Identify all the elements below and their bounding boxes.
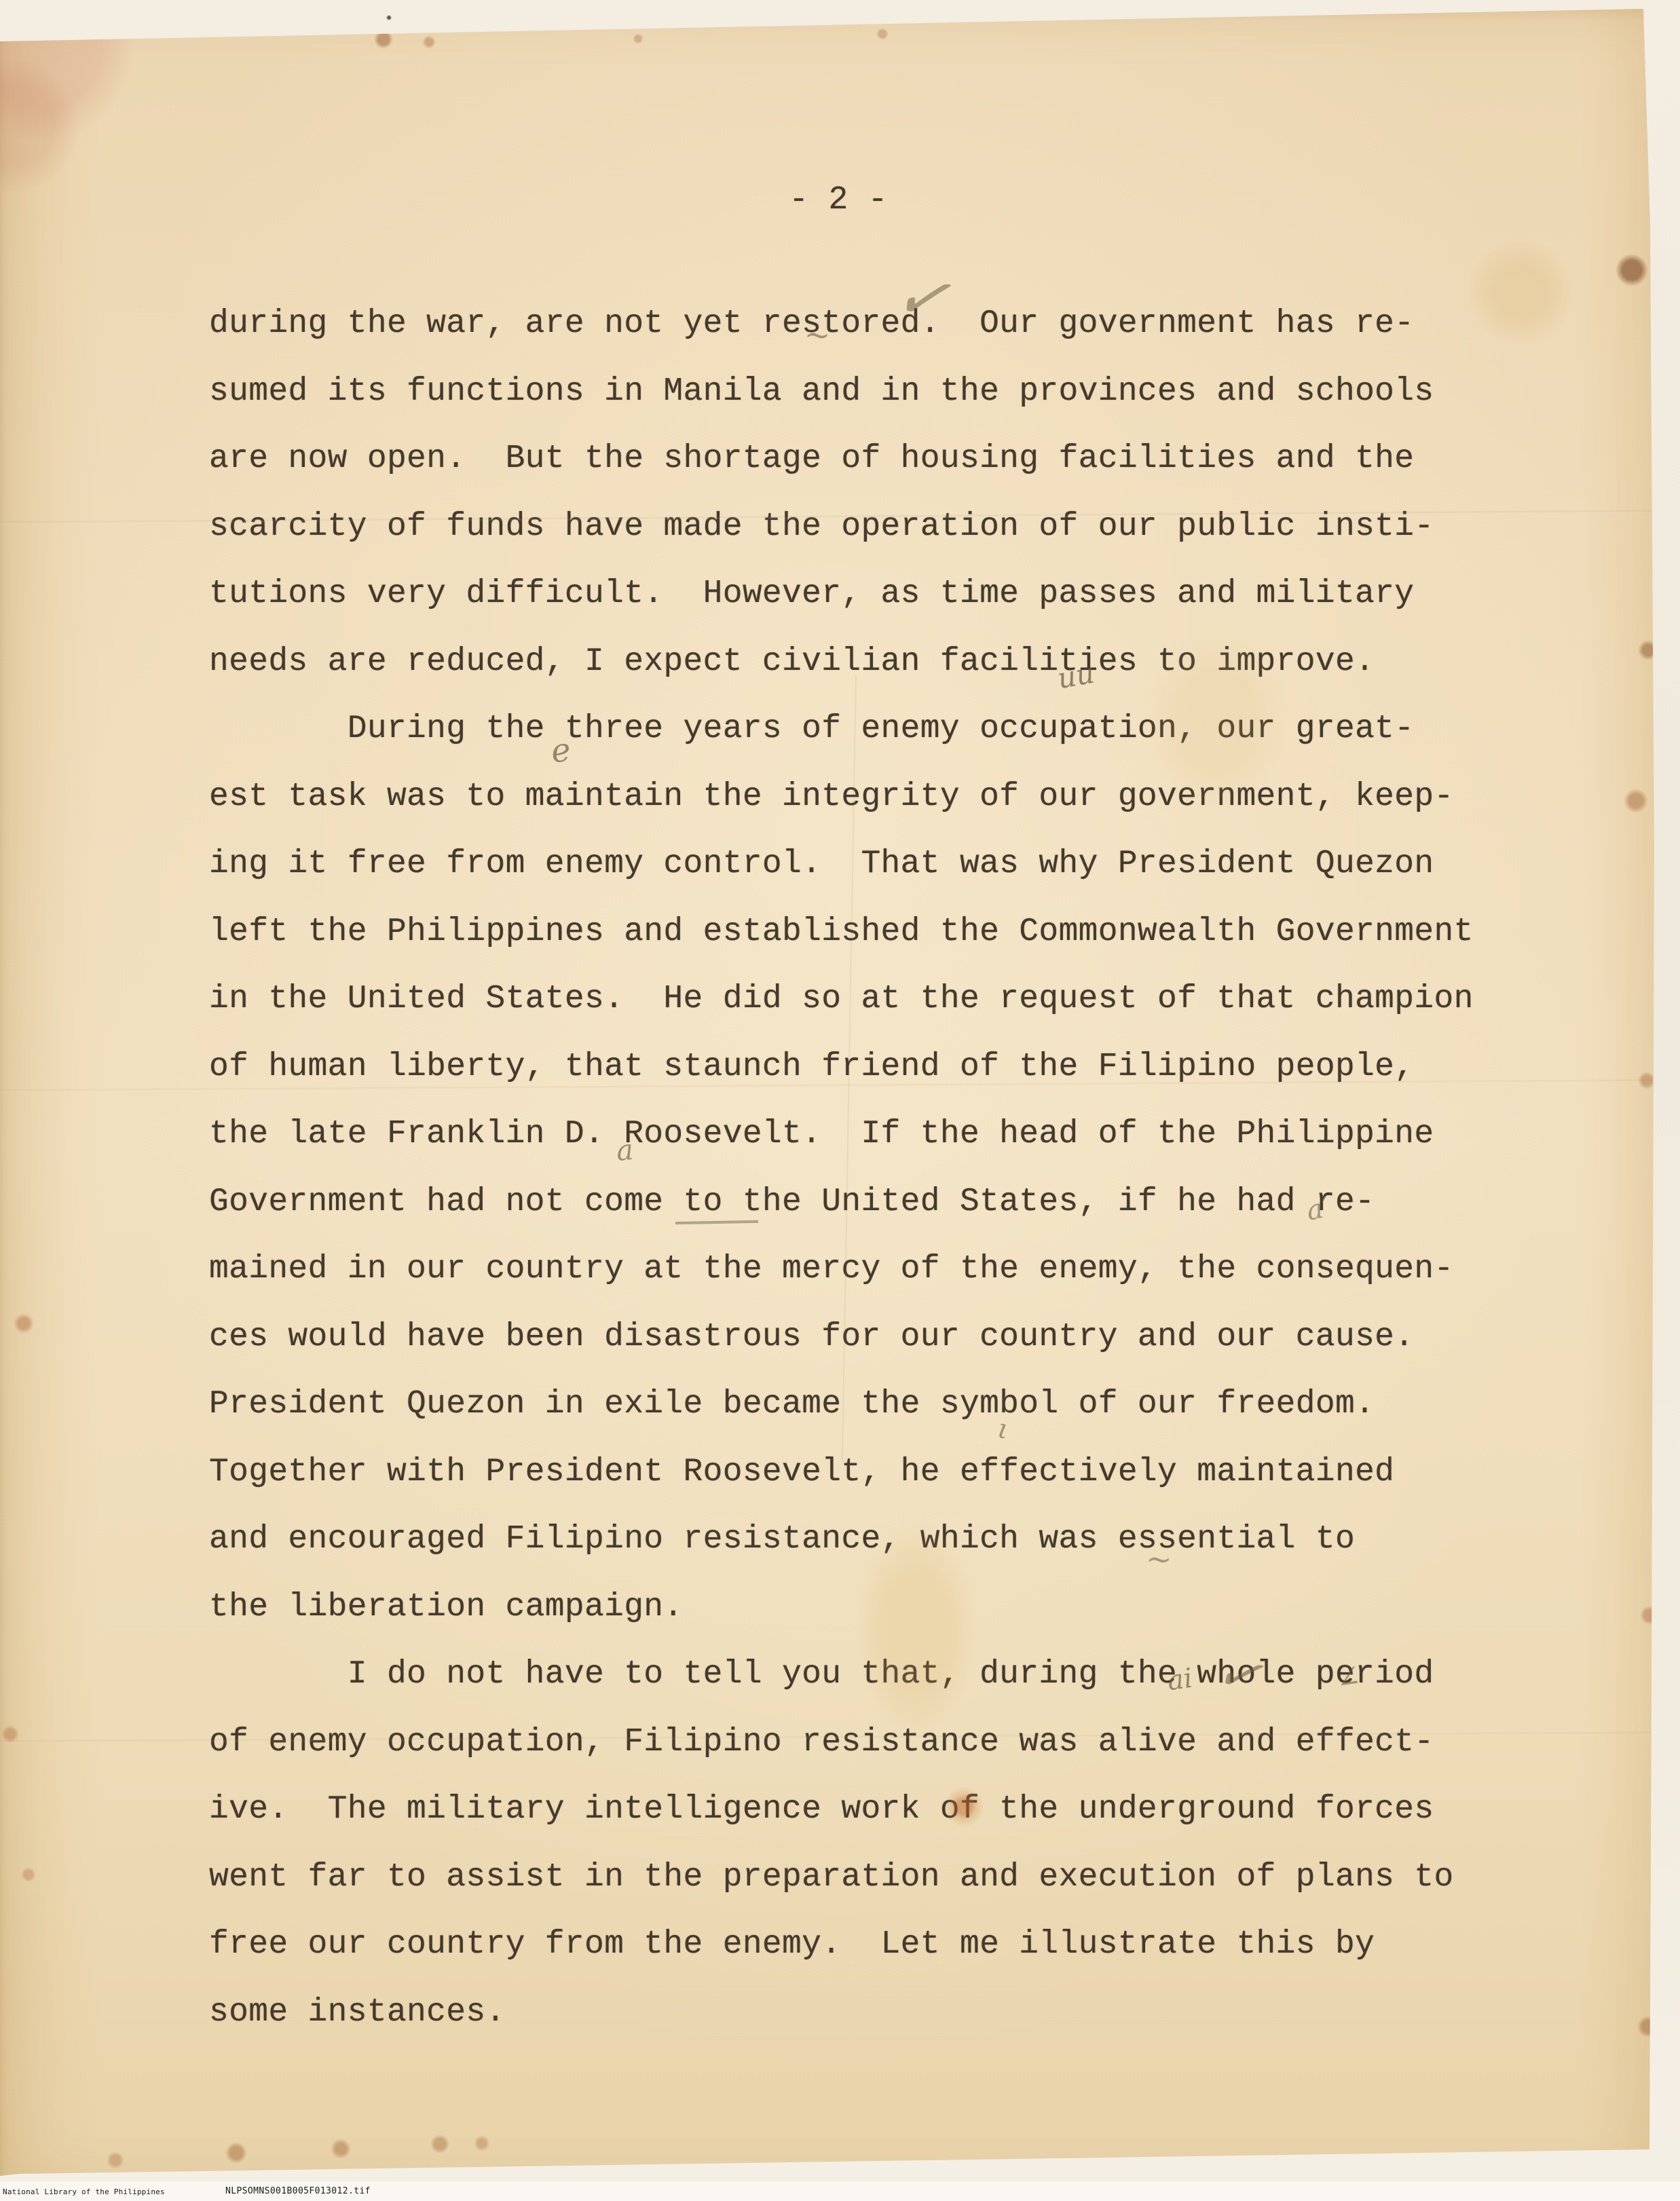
document-page: - 2 - during the war, are not yet restor… xyxy=(0,0,1680,2201)
footer-library-label: National Library of the Philippines xyxy=(3,2187,165,2196)
typed-body-text: during the war, are not yet restored. Ou… xyxy=(209,290,1474,2046)
scan-footer-bar: National Library of the Philippines NLPS… xyxy=(0,2181,1680,2201)
footer-filename: NLPSOMNS001B005F013012.tif xyxy=(225,2186,371,2196)
scan-background: { "document": { "page_number": "- 2 -", … xyxy=(0,0,1680,2201)
page-number: - 2 - xyxy=(210,182,1466,219)
